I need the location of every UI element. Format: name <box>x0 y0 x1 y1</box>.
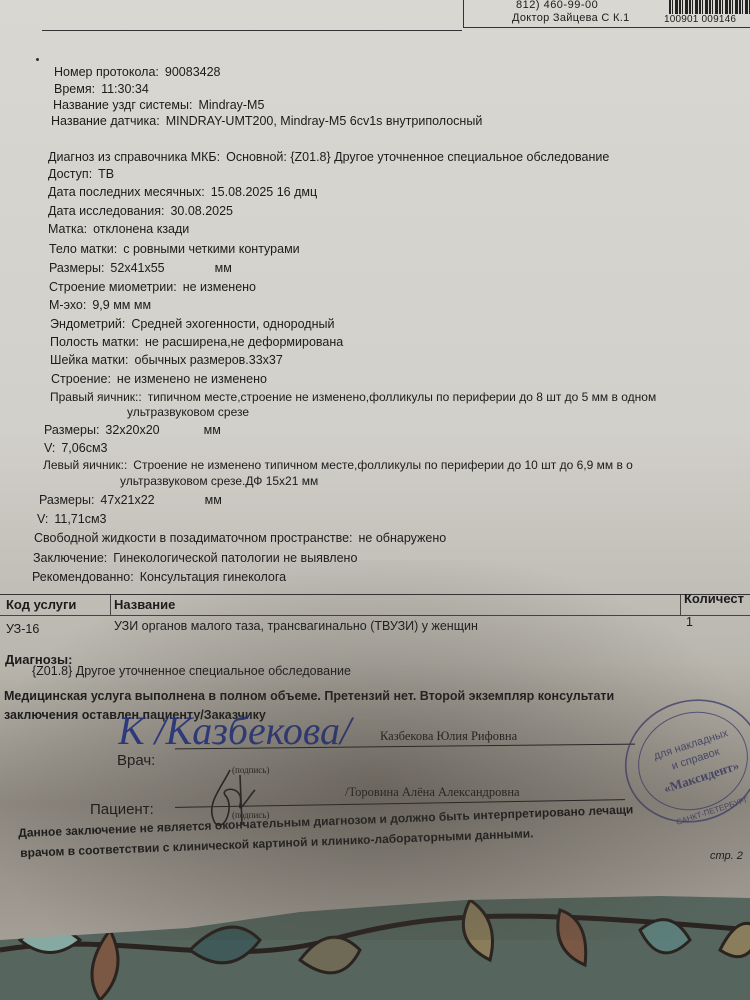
finding-row: Полость матки:не расширена,не деформиров… <box>50 335 343 350</box>
column-header-code: Код услуги <box>6 597 76 612</box>
finding-label: Дата исследования: <box>48 204 164 218</box>
header-rule <box>42 30 462 31</box>
finding-row: Тело матки:с ровными четкими контурами <box>49 242 300 257</box>
finding-row: Дата исследования:30.08.2025 <box>48 204 233 219</box>
time-value: 11:30:34 <box>101 82 149 96</box>
header-box: 812) 460-99-00 Доктор Зайцева С К.1 1009… <box>463 0 750 28</box>
right-ovary-size-label: Размеры: <box>44 423 99 437</box>
finding-row: Дата последних месячных:15.08.2025 16 дм… <box>48 185 317 200</box>
left-ovary-size-label: Размеры: <box>39 493 94 507</box>
finding-label: Матка: <box>48 222 87 236</box>
finding-label: Размеры: <box>49 261 104 275</box>
right-ovary-volume: 7,06см3 <box>61 441 107 455</box>
finding-label: Дата последних месячных: <box>48 185 205 199</box>
barcode-number: 100901 009146 <box>664 14 736 25</box>
finding-row: Строение:не изменено не изменено <box>51 372 267 387</box>
system-value: Mindray-M5 <box>198 98 264 112</box>
system-row: Название уздг системы:Mindray-M5 <box>53 98 264 113</box>
left-ovary-label: Левый яичник:: <box>43 458 127 472</box>
finding-value: отклонена кзади <box>93 222 189 236</box>
column-divider <box>680 595 681 615</box>
service-name: УЗИ органов малого таза, трансвагинально… <box>114 619 478 633</box>
finding-label: Строение миометрии: <box>49 280 177 294</box>
diagnosis-item: {Z01.8} Другое уточненное специальное об… <box>32 664 351 679</box>
free-fluid-row: Свободной жидкости в позадиматочном прос… <box>34 531 446 546</box>
finding-label: М-эхо: <box>49 298 86 312</box>
ultrasound-report: 812) 460-99-00 Доктор Зайцева С К.1 1009… <box>0 0 750 1000</box>
probe-row: Название датчика:MINDRAY-UMT200, Mindray… <box>51 114 482 129</box>
finding-row: Доступ:ТВ <box>48 167 114 182</box>
column-header-name: Название <box>114 597 175 612</box>
right-ovary-size-row: Размеры:32x20x20мм <box>44 423 221 438</box>
finding-row: Матка:отклонена кзади <box>48 222 189 237</box>
services-table-header: Код услуги Название Количест <box>0 594 750 616</box>
finding-label: Диагноз из справочника МКБ: <box>48 150 220 164</box>
left-ovary-size-unit: мм <box>205 493 222 507</box>
column-header-quantity: Количест <box>684 591 744 606</box>
finding-value: ТВ <box>98 167 114 181</box>
conclusion-row: Заключение:Гинекологической патологии не… <box>33 551 357 566</box>
finding-value: не изменено не изменено <box>117 372 267 386</box>
probe-label: Название датчика: <box>51 114 160 128</box>
page-number: стр. 2 <box>710 850 743 862</box>
finding-label: Шейка матки: <box>50 353 128 367</box>
protocol-number-label: Номер протокола: <box>54 65 159 79</box>
right-ovary-volume-row: V:7,06см3 <box>44 441 107 456</box>
header-doctor: Доктор Зайцева С К.1 <box>512 12 630 24</box>
finding-label: Полость матки: <box>50 335 139 349</box>
right-ovary-size-unit: мм <box>204 423 221 437</box>
finding-row: Эндометрий:Средней эхогенности, однородн… <box>50 317 334 332</box>
left-ovary-continuation: ультразвуковом срезе.ДФ 15x21 мм <box>120 474 318 489</box>
recommendation-row: Рекомендованно:Консультация гинеколога <box>32 570 286 585</box>
right-ovary-label: Правый яичник:: <box>50 390 142 404</box>
finding-label: Тело матки: <box>49 242 117 256</box>
doctor-handwritten-signature-icon: К /Казбекова/ <box>118 702 478 762</box>
system-label: Название уздг системы: <box>53 98 192 112</box>
finding-value: Средней эхогенности, однородный <box>131 317 334 331</box>
free-fluid-value: не обнаружено <box>359 531 447 545</box>
left-ovary-row: Левый яичник::Строение не изменено типич… <box>43 458 633 473</box>
finding-label: Эндометрий: <box>50 317 125 331</box>
finding-value: не расширена,не деформирована <box>145 335 343 349</box>
right-ovary-volume-label: V: <box>44 441 55 455</box>
handwriting-text: К /Казбекова/ <box>118 708 355 753</box>
right-ovary-value: типичном месте,строение не изменено,фолл… <box>148 390 656 404</box>
dot-mark <box>36 58 39 61</box>
barcode-icon <box>669 0 750 14</box>
finding-value: 15.08.2025 16 дмц <box>211 185 317 199</box>
time-label: Время: <box>54 82 95 96</box>
patient-name: /Торовина Алёна Александровна <box>345 785 520 800</box>
finding-row: Размеры:52x41x55мм <box>49 261 232 276</box>
column-divider <box>110 595 111 615</box>
finding-row: Диагноз из справочника МКБ:Основной: {Z0… <box>48 150 609 165</box>
conclusion-value: Гинекологической патологии не выявлено <box>113 551 357 565</box>
recommendation-value: Консультация гинеколога <box>140 570 286 584</box>
right-ovary-row: Правый яичник::типичном месте,строение н… <box>50 390 656 405</box>
probe-value: MINDRAY-UMT200, Mindray-M5 6cv1s внутрип… <box>166 114 483 128</box>
finding-unit: мм <box>215 261 232 275</box>
time-row: Время:11:30:34 <box>54 82 149 97</box>
finding-value: обычных размеров.33x37 <box>134 353 282 367</box>
service-code: УЗ-16 <box>6 622 39 636</box>
protocol-number: 90083428 <box>165 65 221 79</box>
recommendation-label: Рекомендованно: <box>32 570 134 584</box>
left-ovary-size-row: Размеры:47x21x22мм <box>39 493 222 508</box>
left-ovary-size: 47x21x22 <box>100 493 154 507</box>
finding-value: с ровными четкими контурами <box>123 242 299 256</box>
finding-row: М-эхо:9,9 мм мм <box>49 298 151 313</box>
right-ovary-size: 32x20x20 <box>105 423 159 437</box>
finding-value: 30.08.2025 <box>170 204 233 218</box>
patient-label: Пациент: <box>90 802 154 817</box>
clinic-phone: 812) 460-99-00 <box>516 0 598 11</box>
finding-value: не изменено <box>183 280 256 294</box>
left-ovary-value: Строение не изменено типичном месте,фолл… <box>133 458 633 472</box>
service-quantity: 1 <box>686 615 693 629</box>
left-ovary-volume: 11,71см3 <box>54 512 106 526</box>
finding-row: Шейка матки:обычных размеров.33x37 <box>50 353 283 368</box>
finding-row: Строение миометрии:не изменено <box>49 280 256 295</box>
finding-value: 9,9 мм мм <box>92 298 151 312</box>
left-ovary-volume-label: V: <box>37 512 48 526</box>
finding-label: Доступ: <box>48 167 92 181</box>
left-ovary-volume-row: V:11,71см3 <box>37 512 107 527</box>
conclusion-label: Заключение: <box>33 551 107 565</box>
finding-value: Основной: {Z01.8} Другое уточненное спец… <box>226 150 609 164</box>
protocol-number-row: Номер протокола:90083428 <box>54 65 221 80</box>
finding-label: Строение: <box>51 372 111 386</box>
free-fluid-label: Свободной жидкости в позадиматочном прос… <box>34 531 353 545</box>
finding-value: 52x41x55 <box>110 261 164 275</box>
stamp-ring-text: САНКТ-ПЕТЕРБУРГ <box>675 795 750 827</box>
right-ovary-continuation: ультразвуковом срезе <box>127 405 249 420</box>
